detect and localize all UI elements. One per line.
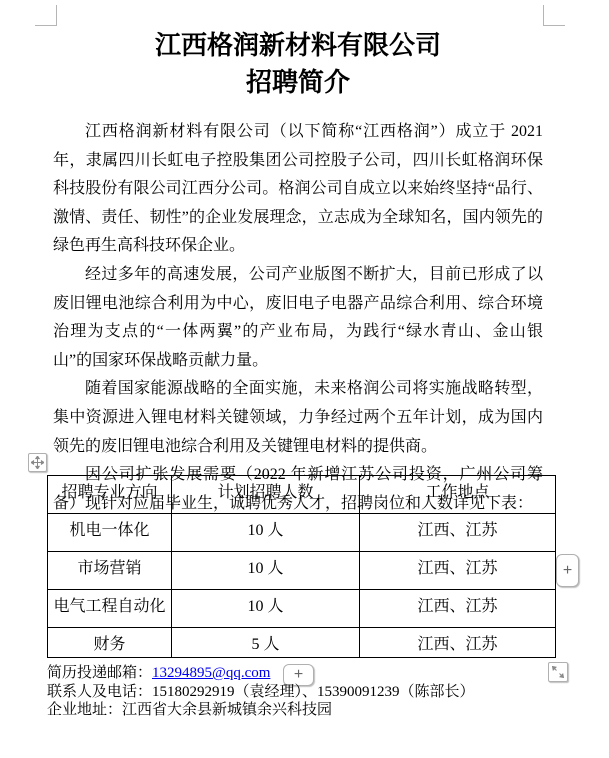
header-headcount: 计划招聘人数 xyxy=(172,476,360,514)
table-header-row: 招聘专业方向 计划招聘人数 工作地点 xyxy=(48,476,556,514)
email-label: 简历投递邮箱： xyxy=(47,665,152,681)
cell-headcount: 10 人 xyxy=(172,590,360,628)
table-row: 机电一体化 10 人 江西、江苏 xyxy=(48,514,556,552)
plus-icon: + xyxy=(563,562,572,580)
insert-row-button[interactable]: + xyxy=(556,554,579,587)
move-cross-icon xyxy=(31,456,44,469)
cell-major: 财务 xyxy=(48,628,172,658)
table-row: 财务 5 人 江西、江苏 xyxy=(48,628,556,658)
intro-paragraph: 江西格润新材料有限公司（以下简称“江西格润”）成立于 2021 年，隶属四川长虹… xyxy=(53,118,543,261)
cell-major: 机电一体化 xyxy=(48,514,172,552)
text-boundary-corner-top-right xyxy=(543,5,565,26)
cell-location: 江西、江苏 xyxy=(360,590,556,628)
phone-line: 联系人及电话：15180292919（袁经理）、15390091239（陈部长） xyxy=(47,683,567,702)
email-link[interactable]: 13294895@qq.com xyxy=(152,665,270,681)
cell-headcount: 5 人 xyxy=(172,628,360,658)
table-row: 电气工程自动化 10 人 江西、江苏 xyxy=(48,590,556,628)
cell-major: 市场营销 xyxy=(48,552,172,590)
table-row: 市场营销 10 人 江西、江苏 xyxy=(48,552,556,590)
strategy-paragraph: 随着国家能源战略的全面实施，未来格润公司将实施战略转型，集中资源进入锂电材料关键… xyxy=(53,375,543,461)
cell-headcount: 10 人 xyxy=(172,552,360,590)
document-body: 江西格润新材料有限公司 招聘简介 江西格润新材料有限公司（以下简称“江西格润”）… xyxy=(53,27,543,518)
address-line: 企业地址：江西省大余县新城镇余兴科技园 xyxy=(47,701,567,720)
development-paragraph: 经过多年的高速发展，公司产业版图不断扩大，目前已形成了以废旧锂电池综合利用为中心… xyxy=(53,261,543,375)
recruitment-table: 招聘专业方向 计划招聘人数 工作地点 机电一体化 10 人 江西、江苏 市场营销… xyxy=(47,475,556,658)
word-document-page: 江西格润新材料有限公司 招聘简介 江西格润新材料有限公司（以下简称“江西格润”）… xyxy=(0,0,609,758)
header-major: 招聘专业方向 xyxy=(48,476,172,514)
document-title: 江西格润新材料有限公司 招聘简介 xyxy=(53,27,543,101)
cell-location: 江西、江苏 xyxy=(360,514,556,552)
table-move-handle[interactable] xyxy=(28,453,47,472)
text-boundary-corner-top-left xyxy=(35,5,57,26)
cell-location: 江西、江苏 xyxy=(360,552,556,590)
title-line-2: 招聘简介 xyxy=(246,68,350,97)
header-location: 工作地点 xyxy=(360,476,556,514)
title-line-1: 江西格润新材料有限公司 xyxy=(155,31,441,60)
cell-location: 江西、江苏 xyxy=(360,628,556,658)
contact-block: 简历投递邮箱：13294895@qq.com 联系人及电话：1518029291… xyxy=(47,664,567,720)
cell-headcount: 10 人 xyxy=(172,514,360,552)
cell-major: 电气工程自动化 xyxy=(48,590,172,628)
email-line: 简历投递邮箱：13294895@qq.com xyxy=(47,664,567,683)
